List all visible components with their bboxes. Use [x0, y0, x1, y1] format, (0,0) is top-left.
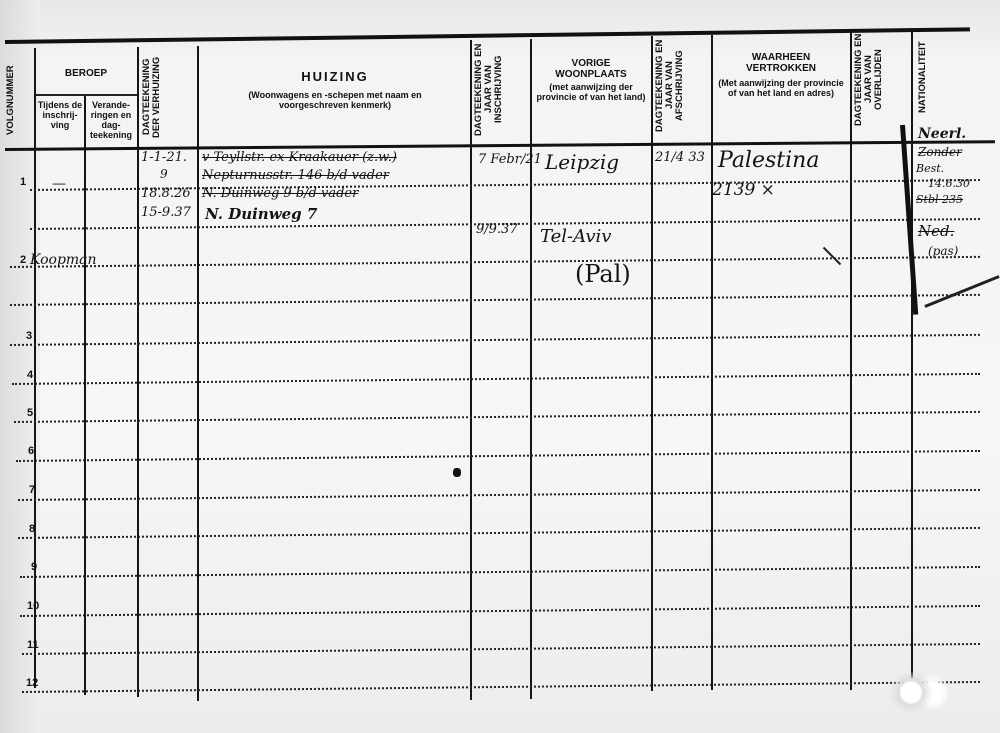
pen-mark: [823, 247, 841, 265]
register-card: VOLGNUMMER BEROEP Tijdens de inschrij-vi…: [0, 0, 1000, 733]
header-beroep: BEROEP: [36, 68, 136, 79]
verhuizing-date: 18.8.26: [141, 186, 191, 201]
header-dagteekening-verhuizing: DAGTEEKENING DER VERHUIZING: [142, 52, 192, 142]
row-line: [20, 566, 980, 578]
row-number: 8: [29, 523, 35, 535]
header-waarheen: WAARHEEN VERTROKKEN: [716, 52, 846, 74]
nationaliteit-entry: Ned.: [918, 222, 954, 240]
row-number: 4: [27, 369, 33, 381]
beroep-row2: Koopman: [30, 252, 97, 268]
ink-blot: [453, 468, 461, 477]
col-divider: [470, 40, 472, 700]
beroep-row1: —: [52, 176, 66, 192]
beroep-subdivider: [35, 94, 137, 96]
nationaliteit-entry: Best.: [916, 162, 944, 175]
col-divider: [530, 39, 532, 699]
header-volgnummer: VOLGNUMMER: [6, 60, 28, 140]
row-line: [14, 411, 980, 423]
huizing-address-current: N. Duinweg 7: [205, 205, 317, 223]
row-line: [22, 681, 980, 693]
col-divider: [850, 30, 852, 690]
row-line: [10, 334, 980, 346]
row-line: [10, 294, 980, 306]
vorige-woonplaats: Leipzig: [545, 150, 619, 174]
header-huizing: HUIZING: [220, 70, 450, 85]
col-divider: [911, 28, 913, 678]
inschrijving-date: 7 Febr/21: [478, 152, 542, 167]
pen-stroke: [924, 275, 999, 308]
inschrijving-date: 9/9.37: [476, 222, 518, 237]
waarheen-number: 2139 ×: [712, 180, 775, 200]
row-number: 9: [31, 561, 37, 573]
nationaliteit-entry: Stbl 235: [916, 193, 963, 206]
waarheen-destination: Palestina: [718, 148, 819, 173]
verhuizing-date: 9: [160, 167, 168, 181]
nationaliteit-entry: Zonder: [918, 145, 962, 159]
afschrijving-date: 21/4 33: [655, 150, 705, 165]
huizing-address: v Teyllstr. ex Kraakauer (z.w.): [202, 150, 397, 165]
nationaliteit-entry: 14.6.30: [928, 177, 970, 190]
row-line: [18, 489, 980, 501]
paper-stain: [890, 670, 950, 715]
huizing-address: N. Duinweg 9 b/d vader: [202, 186, 358, 201]
row-number: 11: [27, 639, 39, 651]
header-huizing-sub: (Woonwagens en -schepen met naam en voor…: [225, 90, 445, 110]
huizing-address: Nepturnusstr. 146 b/d vader: [202, 168, 389, 183]
header-beroep-tijdens: Tijdens de inschrij-ving: [36, 100, 84, 130]
header-nationaliteit: NATIONALITEIT: [918, 32, 940, 122]
col-divider: [34, 48, 36, 688]
col-divider: [137, 47, 139, 697]
row-number: 7: [29, 484, 35, 496]
row-number: 5: [27, 407, 33, 419]
nationaliteit-entry: (pas): [928, 244, 958, 258]
col-divider: [711, 35, 713, 690]
header-dagteekening-afschrijving: DAGTEEKENING EN JAAR VAN AFSCHRIJVING: [655, 38, 707, 133]
row-number: 3: [26, 330, 32, 342]
verhuizing-date: 1-1-21.: [141, 150, 187, 165]
col-divider: [84, 95, 86, 695]
row-number: 10: [27, 600, 39, 612]
vorige-woonplaats: Tel-Aviv: [540, 226, 611, 247]
row-number: 6: [28, 445, 34, 457]
col-divider: [197, 46, 199, 701]
col-divider: [651, 36, 653, 691]
header-vorige-woonplaats: VORIGE WOONPLAATS: [535, 58, 647, 80]
row-line: [12, 373, 980, 385]
row-line: [22, 643, 980, 655]
row-number: 1: [20, 176, 26, 188]
row-line: [18, 527, 980, 539]
nationaliteit-entry: Neerl.: [918, 126, 966, 142]
verhuizing-date: 15-9.37: [141, 205, 191, 220]
header-beroep-veranderingen: Verande-ringen en dag-teekening: [86, 100, 136, 140]
row-line: [20, 605, 980, 617]
row-line: [16, 450, 980, 462]
header-vorige-woonplaats-sub: (met aanwijzing der provincie of van het…: [535, 82, 647, 102]
header-dagteekening-overlijden: DAGTEEKENING EN JAAR VAN OVERLIJDEN: [854, 32, 906, 127]
row-number: 2: [20, 254, 26, 266]
row-number: 12: [26, 677, 38, 689]
vorige-woonplaats-country: (Pal): [575, 260, 631, 288]
header-dagteekening-inschrijving: DAGTEEKENING EN JAAR VAN INSCHRIJVING: [474, 42, 526, 137]
header-waarheen-sub: (Met aanwijzing der provincie of van het…: [716, 78, 846, 98]
